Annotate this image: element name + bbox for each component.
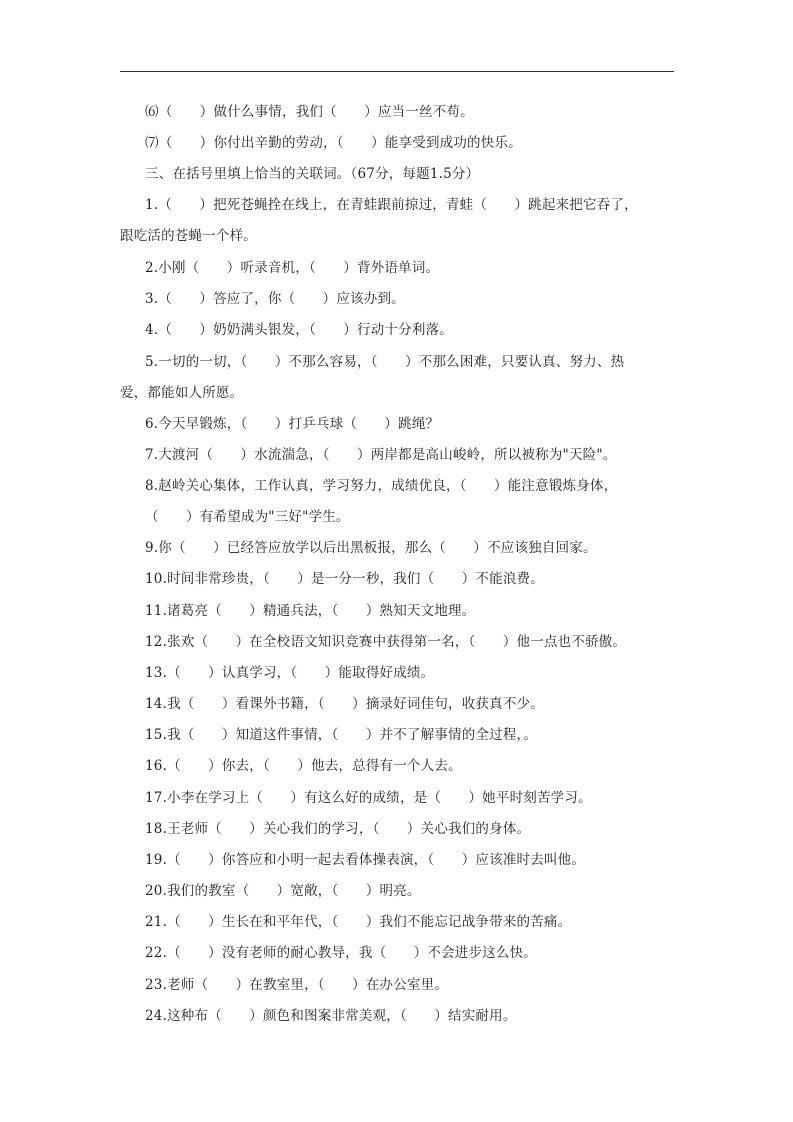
text-line: 20.我们的教室（ ）宽敞，（ ）明亮。 [145,882,421,900]
text-line: ⑺（ ）你付出辛勤的劳动，（ ）能享受到成功的快乐。 [145,134,522,152]
text-line: 3.（ ）答应了，你（ ）应该办到。 [145,290,405,308]
text-line: 21.（ ）生长在和平年代，（ ）我们不能忘记战争带来的苦痛。 [145,913,571,931]
text-line: 18.王老师（ ）关心我们的学习，（ ）关心我们的身体。 [145,820,530,838]
text-line: ⑹（ ）做什么事情，我们（ ）应当一丝不苟。 [145,103,474,121]
text-line: 14.我（ ）看课外书籍，（ ）摘录好词佳句，收获真不少。 [145,695,544,713]
text-line: 跟吃活的苍蝇一个样。 [120,227,257,245]
text-line: 17.小李在学习上（ ）有这么好的成绩，是（ ）她平时刻苦学习。 [145,789,592,807]
text-line: 8.赵岭关心集体，工作认真，学习努力，成绩优良，（ ）能注意锻炼身体， [145,477,617,495]
text-line: 12.张欢（ ）在全校语文知识竞赛中获得第一名，（ ）他一点也不骄傲。 [145,633,626,651]
text-line: 1.（ ）把死苍蝇拴在线上，在青蛙跟前掠过，青蛙（ ）跳起来把它吞了， [145,196,638,214]
text-line: 24.这种布（ ）颜色和图案非常美观，（ ）结实耐用。 [145,1007,517,1025]
header-rule [120,71,674,72]
text-line: 7.大渡河（ ）水流湍急，（ ）两岸都是高山峻岭，所以被称为"天险"。 [145,446,616,464]
text-line: 15.我（ ）知道这件事情，（ ）并不了解事情的全过程，。 [145,726,537,744]
text-line: 6.今天早锻炼，（ ）打乒乓球（ ）跳绳？ [145,415,439,433]
text-line: 11.诸葛亮（ ）精通兵法，（ ）熟知天文地理。 [145,602,475,620]
text-line: 22.（ ）没有老师的耐心教导，我（ ）不会进步这么快。 [145,944,537,962]
text-line: 5.一切的一切，（ ）不那么容易，（ ）不那么困难，只要认真、努力、热 [145,353,624,371]
text-line: 爱，都能如人所愿。 [120,384,243,402]
text-line: 19.（ ）你答应和小明一起去看体操表演，（ ）应该准时去叫他。 [145,851,585,869]
text-line: 10.时间非常珍贵，（ ）是一分一秒，我们（ ）不能浪费。 [145,570,544,588]
text-line: 三、在括号里填上恰当的关联词。（67分，每题1.5分） [145,165,479,183]
text-line: 23.老师（ ）在教室里，（ ）在办公室里。 [145,976,448,994]
text-line: 16.（ ）你去，（ ）他去，总得有一个人去。 [145,757,462,775]
text-line: 4.（ ）奶奶满头银发，（ ）行动十分利落。 [145,321,453,339]
text-line: 2.小刚（ ）听录音机，（ ）背外语单词。 [145,259,439,277]
text-line: （ ）有希望成为"三好"学生。 [145,508,350,526]
text-line: 9.你（ ）已经答应放学以后出黑板报，那么（ ）不应该独自回家。 [145,539,597,557]
text-line: 13.（ ）认真学习，（ ）能取得好成绩。 [145,664,434,682]
